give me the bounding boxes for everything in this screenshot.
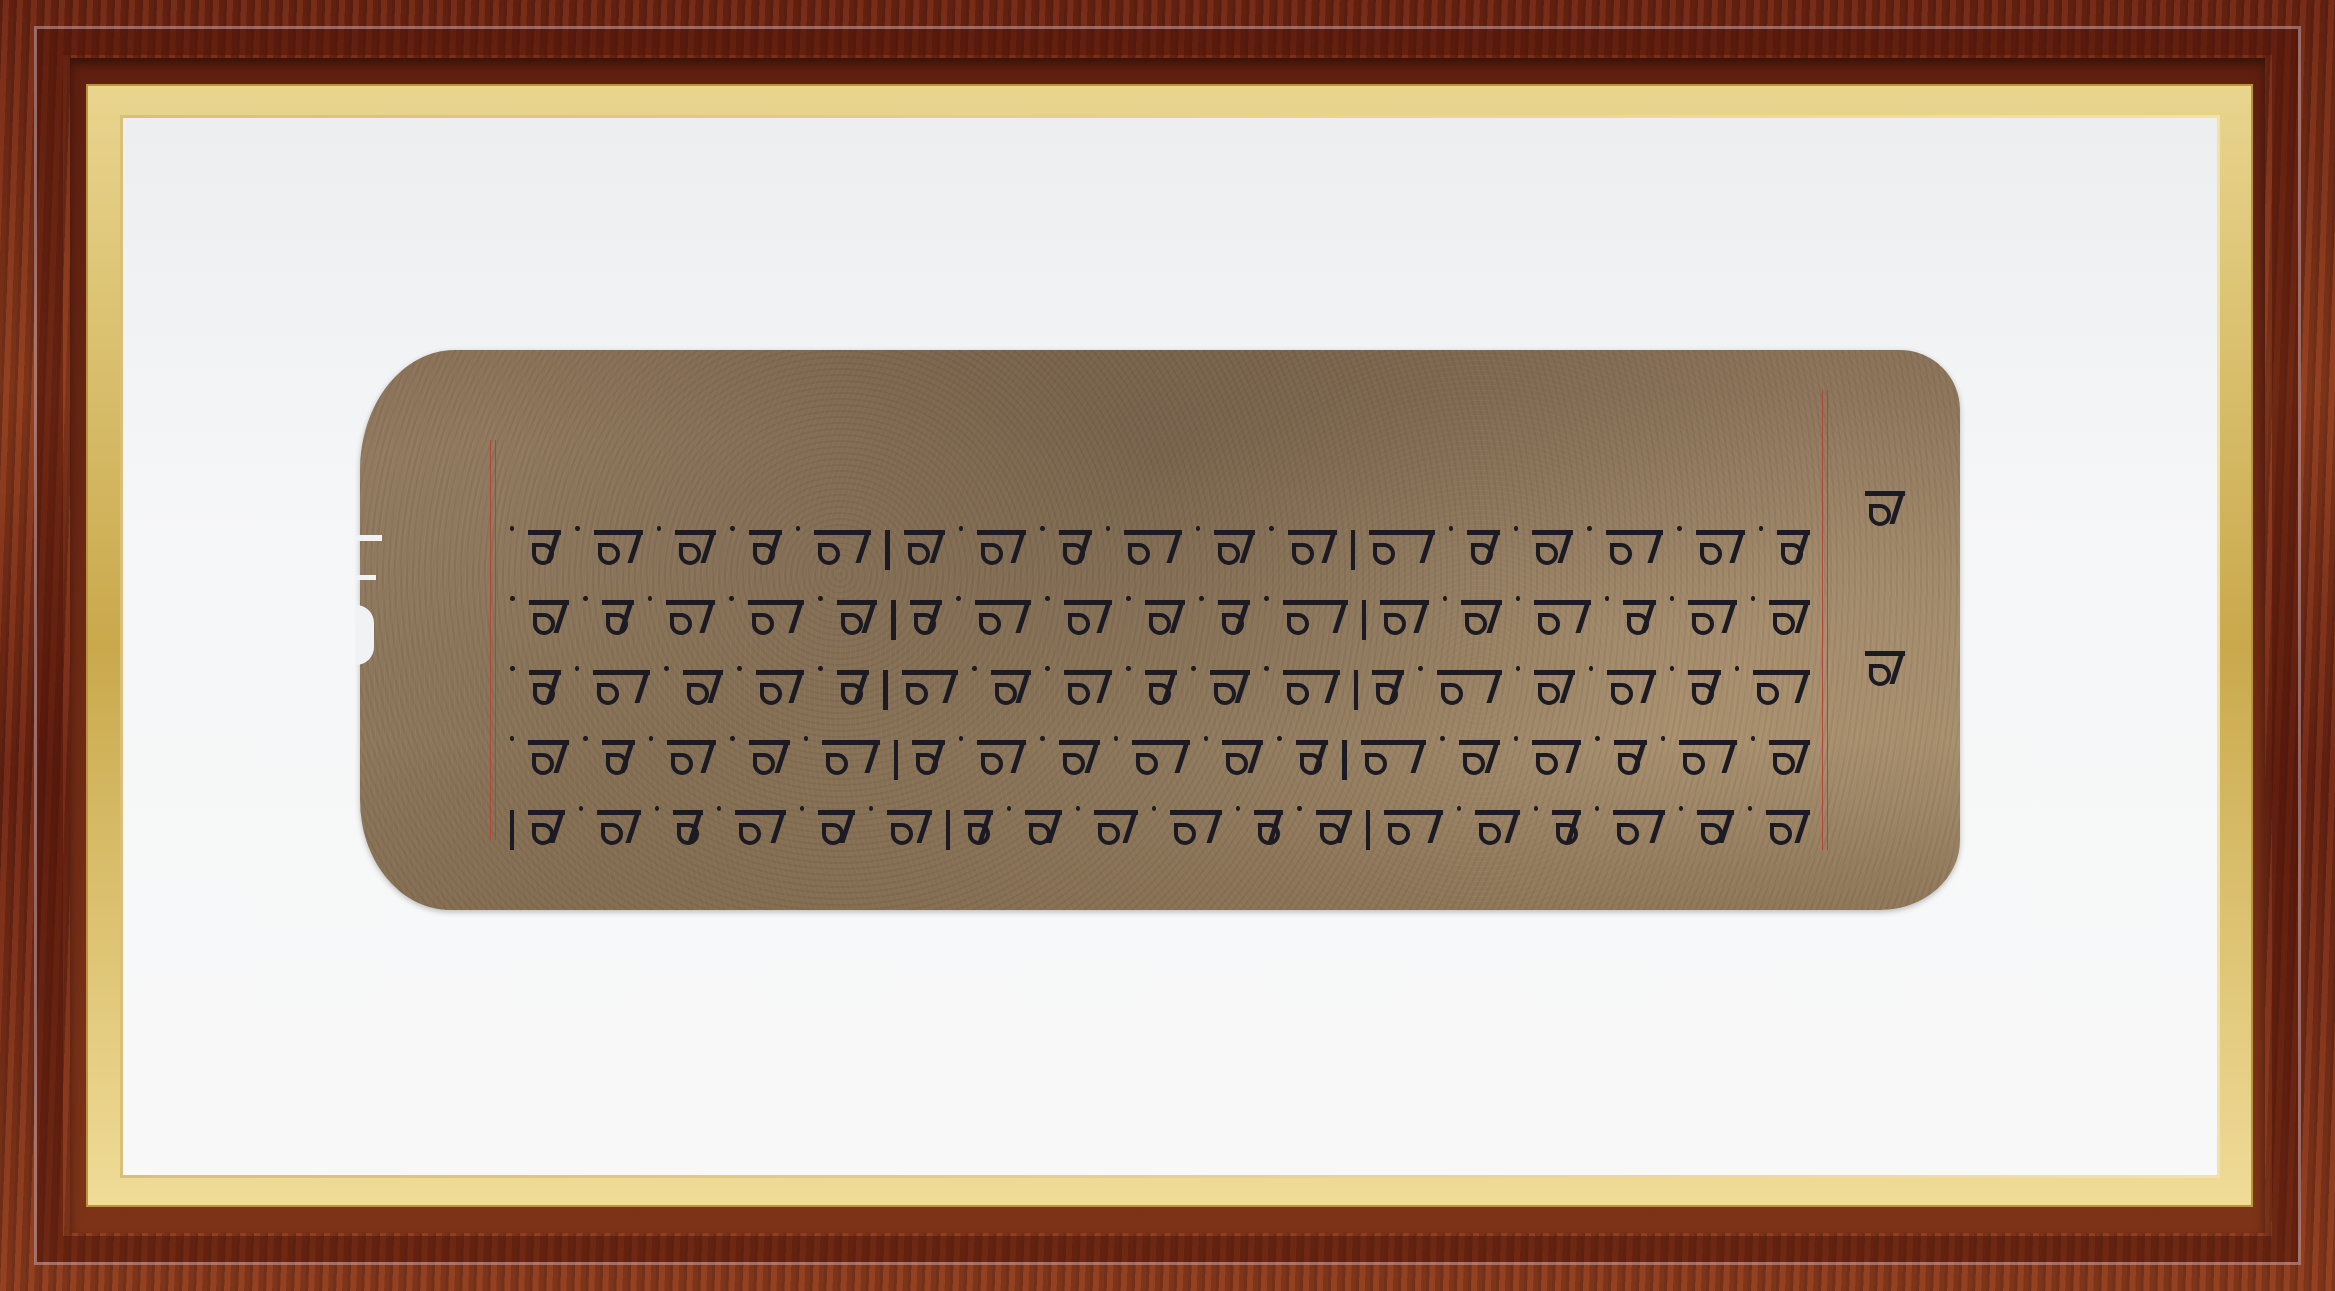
glyph [1467,531,1500,570]
glyph [1254,811,1283,850]
script-line [510,520,1810,580]
tsheg-mark [583,596,588,601]
tsheg-mark [1204,736,1209,741]
tsheg-mark [1443,596,1448,601]
glyph [1145,671,1177,710]
glyph [814,531,871,570]
tibetan-manuscript-page [360,350,1960,910]
glyph [1475,811,1519,850]
glyph [837,671,869,710]
glyph [910,601,942,640]
tsheg-mark [655,806,659,811]
tsheg-mark [579,806,583,811]
glyph [1865,651,1905,690]
glyph [1607,671,1656,710]
tsheg-mark [657,526,662,531]
shad-mark [1366,810,1370,850]
glyph [1532,531,1573,570]
glyph [1769,741,1810,780]
glyph [1623,601,1655,640]
tsheg-mark [1534,806,1538,811]
tsheg-mark [1277,736,1282,741]
tear [356,575,376,580]
glyph [977,741,1026,780]
tsheg-mark [1595,736,1600,741]
tsheg-mark [1514,526,1519,531]
tsheg-mark [1297,806,1301,811]
glyph [528,531,561,570]
tsheg-mark [1735,666,1740,671]
glyph [593,671,650,710]
tsheg-mark [1679,806,1683,811]
glyph [1283,671,1340,710]
glyph [904,531,945,570]
glyph [1459,741,1500,780]
margin-label-top [1845,440,1905,530]
glyph [1124,531,1181,570]
tsheg-mark [804,736,809,741]
tsheg-mark [1589,666,1594,671]
tsheg-mark [729,596,734,601]
shad-mark [1354,670,1359,710]
red-ruling-left [490,440,496,840]
shad-mark [1342,740,1347,780]
tsheg-mark [1440,736,1445,741]
glyph [1369,531,1434,570]
glyph [912,741,945,780]
tsheg-mark [1670,596,1675,601]
shad-mark [885,530,890,570]
manuscript-text [510,440,1810,860]
script-line [510,590,1810,650]
glyph [683,671,724,710]
shad-mark [894,740,899,780]
glyph [1437,671,1502,710]
glyph [1372,671,1404,710]
glyph [1025,811,1062,850]
glyph [1777,531,1810,570]
glyph [902,671,959,710]
tsheg-mark [1152,806,1156,811]
tsheg-mark [818,596,823,601]
tsheg-mark [1040,736,1045,741]
tsheg-mark [649,736,654,741]
tsheg-mark [796,526,801,531]
script-line [510,800,1810,860]
glyph [1696,531,1745,570]
tsheg-mark [818,666,823,671]
shad-mark [946,810,950,850]
tsheg-mark [1076,806,1080,811]
glyph [675,531,716,570]
tsheg-mark [737,666,742,671]
tsheg-mark [1007,806,1011,811]
glyph [1296,741,1329,780]
tsheg-mark [1670,666,1675,671]
glyph [529,671,561,710]
tsheg-mark [1126,666,1131,671]
margin-label-bottom [1845,600,1905,690]
glyph [1094,811,1138,850]
tsheg-mark [1751,736,1756,741]
tsheg-mark [1199,596,1204,601]
glyph [1316,811,1353,850]
tsheg-mark [1457,806,1461,811]
glyph [1766,811,1810,850]
glyph [1614,741,1647,780]
glyph [528,741,569,780]
glyph [1064,671,1113,710]
glyph [1532,741,1581,780]
tsheg-mark [1759,526,1764,531]
glyph [666,601,715,640]
tsheg-mark [972,666,977,671]
tsheg-mark [869,806,873,811]
glyph [1222,741,1263,780]
glyph [1552,811,1581,850]
tsheg-mark [1587,526,1592,531]
tsheg-mark [1106,526,1111,531]
glyph [1288,531,1337,570]
glyph [1679,741,1736,780]
tsheg-mark [1269,526,1274,531]
tsheg-mark [1595,806,1599,811]
shad-mark [883,670,888,710]
tsheg-mark [959,526,964,531]
glyph [602,601,634,640]
glyph [673,811,702,850]
glyph [735,811,787,850]
tsheg-mark [1605,596,1610,601]
tsheg-mark [1045,596,1050,601]
glyph [756,671,805,710]
glyph [1145,601,1186,640]
tsheg-mark [1748,806,1752,811]
glyph [594,531,643,570]
tsheg-mark [583,736,588,741]
glyph [529,601,570,640]
glyph [1770,601,1811,640]
tsheg-mark [1040,526,1045,531]
glyph [1753,671,1810,710]
tear [356,535,382,541]
glyph [1170,811,1222,850]
tsheg-mark [956,596,961,601]
glyph [528,811,565,850]
glyph [1132,741,1189,780]
glyph [1380,601,1429,640]
tsheg-mark [1045,666,1050,671]
tsheg-mark [959,736,964,741]
tsheg-mark [1264,666,1269,671]
glyph [1283,601,1348,640]
glyph [749,741,790,780]
tsheg-mark [1191,666,1196,671]
tsheg-mark [1418,666,1423,671]
glyph [1059,531,1092,570]
glyph [991,671,1032,710]
glyph [1214,531,1255,570]
glyph [977,531,1026,570]
glyph [1688,601,1737,640]
glyph [822,741,879,780]
shad-mark [1362,600,1367,640]
tsheg-mark [510,736,514,741]
glyph [818,811,855,850]
glyph [1613,811,1665,850]
tsheg-mark [1516,596,1521,601]
glyph [1361,741,1426,780]
glyph [837,601,878,640]
tsheg-mark [730,526,735,531]
tsheg-mark [1661,736,1666,741]
glyph [964,811,993,850]
glyph [1865,491,1905,530]
tsheg-mark [1126,596,1131,601]
wooden-frame [0,0,2335,1291]
glyph [887,811,931,850]
tsheg-mark [1196,526,1201,531]
glyph [975,601,1032,640]
glyph [1384,811,1443,850]
glyph [748,601,805,640]
tsheg-mark [1449,526,1454,531]
glyph [1534,671,1575,710]
tsheg-mark [717,806,721,811]
glyph [602,741,635,780]
tsheg-mark [664,666,669,671]
shad-mark [1351,530,1356,570]
tsheg-mark [510,526,514,531]
tsheg-mark [1264,596,1269,601]
glyph [1218,601,1250,640]
script-line [510,660,1810,720]
script-line [510,730,1810,790]
glyph [1461,601,1502,640]
red-ruling-right [1822,390,1828,850]
tear [356,605,374,665]
glyph [1688,671,1720,710]
tsheg-mark [1516,666,1521,671]
tsheg-mark [1114,736,1119,741]
glyph [1059,741,1100,780]
glyph [667,741,716,780]
glyph [749,531,782,570]
tsheg-mark [510,666,515,671]
tsheg-mark [648,596,653,601]
glyph [1210,671,1251,710]
tsheg-mark [730,736,735,741]
tsheg-mark [1751,596,1756,601]
glyph [1606,531,1663,570]
glyph [1534,601,1591,640]
glyph [1697,811,1734,850]
glyph [1064,601,1113,640]
tsheg-mark [800,806,804,811]
shad-mark [510,810,514,850]
tsheg-mark [510,596,515,601]
tsheg-mark [1236,806,1240,811]
tsheg-mark [575,526,580,531]
shad-mark [891,600,896,640]
tsheg-mark [575,666,580,671]
tsheg-mark [1677,526,1682,531]
glyph [597,811,641,850]
tsheg-mark [1514,736,1519,741]
